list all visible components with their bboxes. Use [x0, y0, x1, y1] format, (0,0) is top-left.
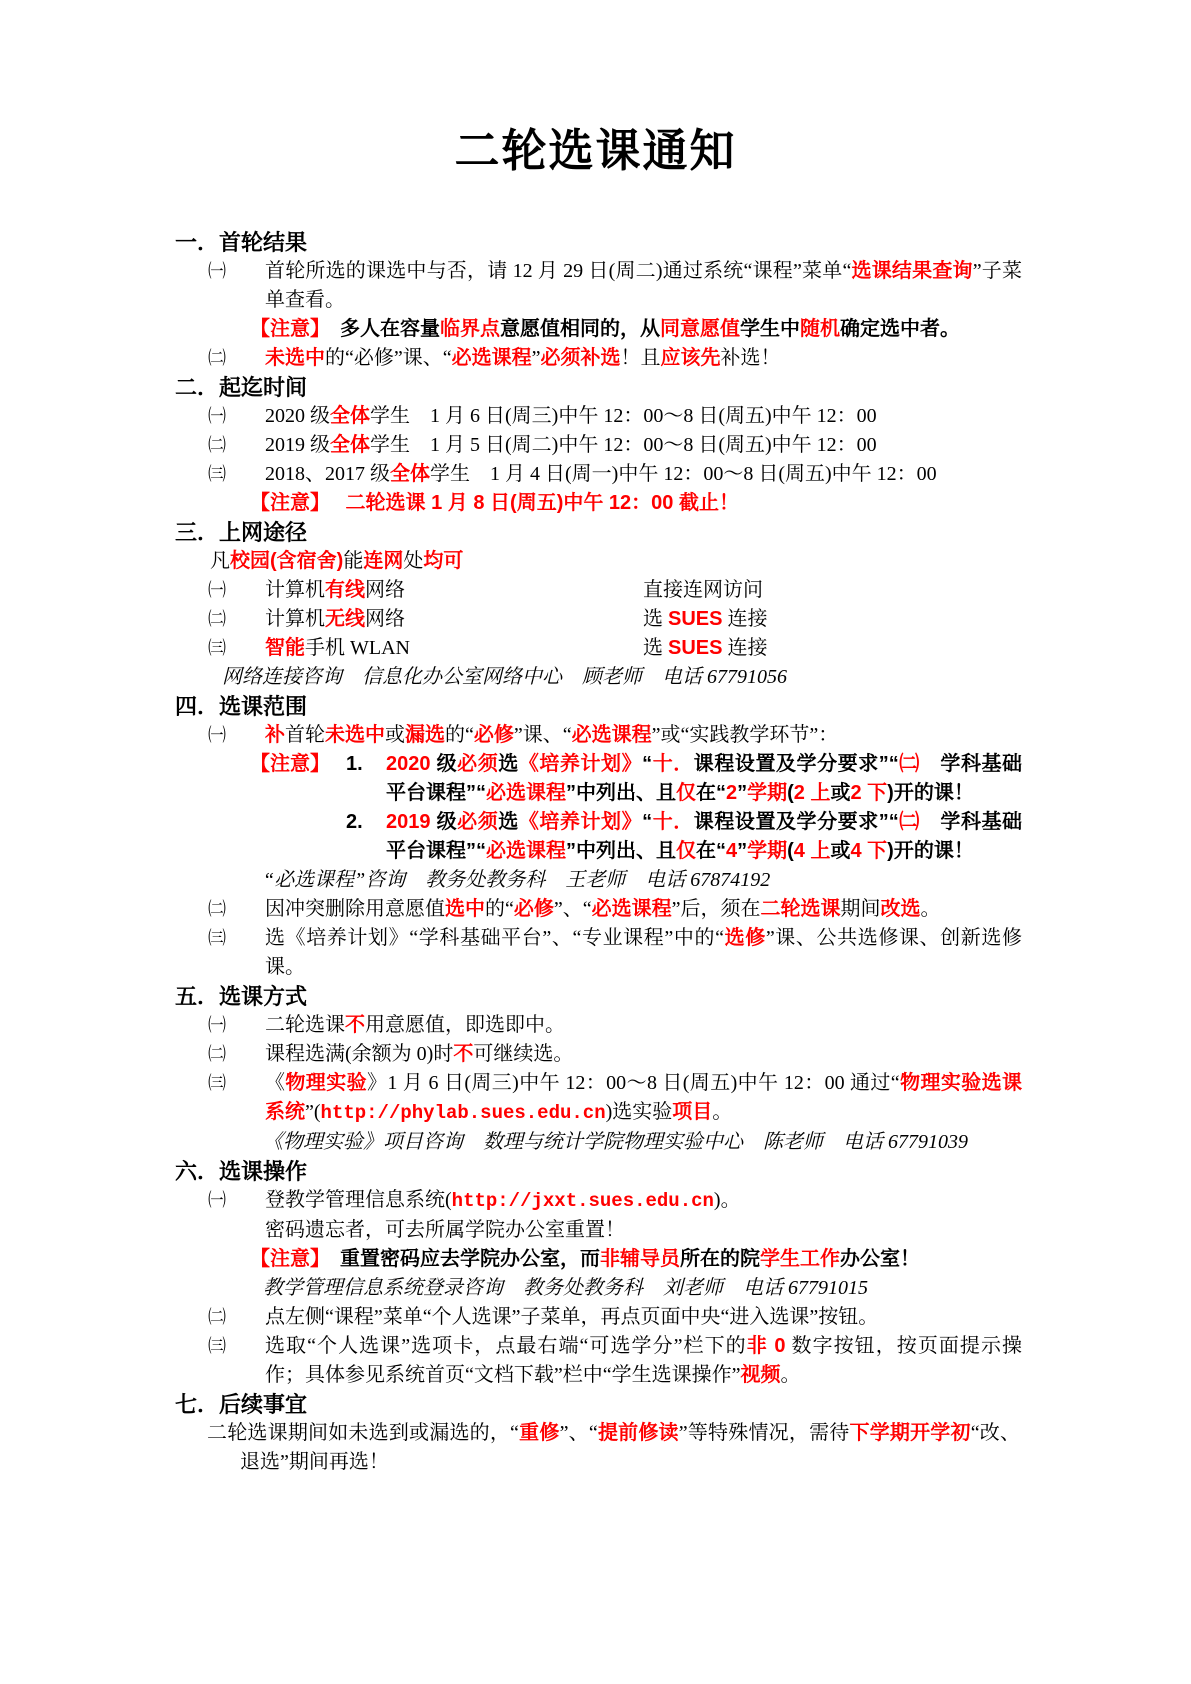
- red-emphasis: 临界点: [440, 318, 500, 340]
- document-page: 二轮选课通知 一．首轮结果㈠首轮所选的课选中与否，请 12 月 29 日(周二)…: [0, 0, 1191, 1684]
- notice-numbered-item: 2.2019 级必须选《培养计划》“十．课程设置及学分要求”“㈡ 学科基础平台课…: [346, 808, 1022, 866]
- red-emphasis: 4: [726, 840, 737, 862]
- column-right: 直接连网访问: [643, 576, 763, 605]
- red-emphasis: 全体: [390, 463, 430, 485]
- item-text: 计算机有线网络: [265, 579, 405, 601]
- consult-line: “必选课程”咨询 教务处教务科 王老师 电话 67874192: [263, 866, 1191, 895]
- text-run: 处: [403, 550, 423, 572]
- item-marker: ㈠: [208, 402, 226, 431]
- text-run: 所在的院: [680, 1248, 760, 1270]
- list-item: ㈡计算机无线网络选 SUES 连接: [265, 605, 1022, 634]
- item-text: 2018、2017 级全体学生 1 月 4 日(周一)中午 12：00～8 日(…: [265, 463, 937, 485]
- text-run: 点左侧“课程”菜单“个人选课”子菜单，再点页面中央“进入选课”按钮。: [265, 1306, 878, 1328]
- text-run: 选: [643, 608, 668, 630]
- red-emphasis: 改选: [881, 898, 921, 920]
- page-title: 二轮选课通知: [0, 0, 1191, 184]
- item-text: 首轮所选的课选中与否，请 12 月 29 日(周二)通过系统“课程”菜单“选课结…: [265, 260, 1022, 311]
- text-run: “: [642, 753, 652, 775]
- item-text: 补首轮未选中或漏选的“必修”课、“必选课程”或“实践教学环节”：: [265, 724, 838, 746]
- list-item: ㈢选取“个人选课”选项卡，点最右端“可选学分”栏下的非 0 数字按钮，按页面提示…: [265, 1332, 1022, 1390]
- notice-item-text: 2019 级必须选《培养计划》“十．课程设置及学分要求”“㈡ 学科基础平台课程”…: [386, 808, 1022, 866]
- list-item: ㈡2019 级全体学生 1 月 5 日(周二)中午 12：00～8 日(周五)中…: [265, 431, 1022, 460]
- text-run: 课程设置及学分要求”“: [694, 811, 899, 833]
- text-run: 课程设置及学分要求”“: [694, 753, 899, 775]
- red-emphasis: 智能: [265, 637, 305, 659]
- text-run: 选: [498, 753, 519, 775]
- red-emphasis: 《培养计划》: [519, 811, 642, 833]
- list-item: ㈠首轮所选的课选中与否，请 12 月 29 日(周二)通过系统“课程”菜单“选课…: [265, 257, 1022, 315]
- text-run: 2019 级: [265, 434, 330, 456]
- red-emphasis: 2019: [386, 811, 431, 833]
- red-emphasis: 全体: [330, 434, 370, 456]
- red-emphasis: 必选课程: [486, 840, 566, 862]
- red-emphasis: 物理实验: [285, 1072, 367, 1094]
- item-marker: ㈡: [208, 1040, 226, 1069]
- notice-line: 【注意】 二轮选课 1 月 8 日(周五)中午 12：00 截止！: [250, 489, 1028, 518]
- text-run: 课程选满(余额为 0)时: [265, 1043, 453, 1065]
- text-run: 连接: [722, 637, 767, 659]
- notice-line: 【注意】 多人在容量临界点意愿值相同的，从同意愿值学生中随机确定选中者。: [250, 315, 1028, 344]
- list-item: ㈡因冲突删除用意愿值选中的“必修”、“必选课程”后，须在二轮选课期间改选。: [265, 895, 1022, 924]
- list-item: ㈢2018、2017 级全体学生 1 月 4 日(周一)中午 12：00～8 日…: [265, 460, 1022, 489]
- item-text: 选《培养计划》“学科基础平台”、“专业课程”中的“选修”课、公共选修课、创新选修…: [265, 927, 1022, 978]
- text-run: (: [787, 782, 794, 804]
- text-run: 学生中: [740, 318, 800, 340]
- consult-line: 网络连接咨询 信息化办公室网络中心 顾老师 电话 67791056: [222, 663, 1191, 692]
- text-run: ”、“: [554, 898, 592, 920]
- list-item: ㈡课程选满(余额为 0)时不可继续选。: [265, 1040, 1022, 1069]
- text-run: 办公室！: [840, 1248, 920, 1270]
- red-emphasis: 《培养计划》: [519, 753, 642, 775]
- red-emphasis: ㈡: [899, 811, 920, 833]
- list-item: ㈠计算机有线网络直接连网访问: [265, 576, 1022, 605]
- text-run: 期间: [841, 898, 881, 920]
- item-text: 2020 级全体学生 1 月 6 日(周三)中午 12：00～8 日(周五)中午…: [265, 405, 877, 427]
- url-link[interactable]: http://phylab.sues.edu.cn: [321, 1102, 606, 1124]
- section-heading: 三．上网途径: [175, 518, 1191, 547]
- text-run: 意愿值相同的，从: [500, 318, 660, 340]
- red-emphasis: 十．: [652, 753, 694, 775]
- paragraph: 凡校园(含宿舍)能连网处均可: [210, 547, 1191, 576]
- item-marker: ㈠: [208, 257, 226, 286]
- text-run: 。: [781, 1364, 801, 1386]
- section-heading: 四．选课范围: [175, 692, 1191, 721]
- item-marker: ㈡: [208, 605, 226, 634]
- section-heading: 五．选课方式: [175, 982, 1191, 1011]
- text-run: ”(: [305, 1101, 321, 1123]
- red-emphasis: 仅: [676, 840, 696, 862]
- red-emphasis: 均可: [423, 550, 463, 572]
- text-run: 《物理实验》项目咨询 数理与统计学院物理实验中心 陈老师 电话 67791039: [263, 1131, 968, 1153]
- item-text: 点左侧“课程”菜单“个人选课”子菜单，再点页面中央“进入选课”按钮。: [265, 1306, 878, 1328]
- red-emphasis: 非辅导员: [600, 1248, 680, 1270]
- red-emphasis: 学生工作: [760, 1248, 840, 1270]
- red-emphasis: 重修: [519, 1422, 560, 1444]
- list-item: ㈠二轮选课不用意愿值，即选即中。: [265, 1011, 1022, 1040]
- text-run: 或: [385, 724, 405, 746]
- text-run: 教学管理信息系统登录咨询 教务处教务科 刘老师 电话 67791015: [263, 1277, 868, 1299]
- red-emphasis: 2: [726, 782, 737, 804]
- text-run: “: [642, 811, 652, 833]
- red-emphasis: 应该先: [661, 347, 721, 369]
- red-emphasis: 漏选: [405, 724, 445, 746]
- text-run: 的“: [485, 898, 514, 920]
- text-run: 可继续选。: [473, 1043, 573, 1065]
- text-run: ”后，须在: [672, 898, 761, 920]
- notice-label: 【注意】: [250, 750, 346, 866]
- text-run: 级: [431, 753, 458, 775]
- red-emphasis: 非 0: [747, 1335, 786, 1357]
- section-heading: 一．首轮结果: [175, 228, 1191, 257]
- item-marker: ㈢: [208, 924, 226, 953]
- text-run: 学生 1 月 4 日(周一)中午 12：00～8 日(周五)中午 12：00: [430, 463, 937, 485]
- text-run: “必选课程”咨询 教务处教务科 王老师 电话 67874192: [263, 869, 770, 891]
- red-emphasis: 2 下: [850, 782, 887, 804]
- red-emphasis: 选修: [724, 927, 766, 949]
- text-run: 》1 月 6 日(周三)中午 12：00～8 日(周五)中午 12：00 通过“: [367, 1072, 900, 1094]
- text-run: 网络: [365, 608, 405, 630]
- list-item: ㈠登教学管理信息系统(http://jxxt.sues.edu.cn)。: [265, 1186, 1022, 1216]
- text-run: 用意愿值，即选即中。: [365, 1014, 565, 1036]
- red-emphasis: 必须: [457, 753, 498, 775]
- red-emphasis: 连网: [363, 550, 403, 572]
- text-run: 计算机: [265, 579, 325, 601]
- red-emphasis: 选课结果查询: [851, 260, 972, 282]
- text-run: 《: [265, 1072, 285, 1094]
- item-marker: ㈢: [208, 1332, 226, 1361]
- item-text: 登教学管理信息系统(http://jxxt.sues.edu.cn)。: [265, 1189, 741, 1211]
- red-emphasis: 必修: [474, 724, 514, 746]
- item-number: 1.: [346, 750, 386, 808]
- text-run: 学生 1 月 6 日(周三)中午 12：00～8 日(周五)中午 12：00: [370, 405, 877, 427]
- text-run: 密码遗忘者，可去所属学院办公室重置！: [265, 1219, 625, 1241]
- column-right: 选 SUES 连接: [643, 634, 767, 663]
- red-emphasis: 同意愿值: [660, 318, 740, 340]
- item-marker: ㈡: [208, 431, 226, 460]
- text-run: 因冲突删除用意愿值: [265, 898, 445, 920]
- red-emphasis: 4 上: [794, 840, 831, 862]
- text-run: 首轮所选的课选中与否，请 12 月 29 日(周二)通过系统“课程”菜单“: [265, 260, 851, 282]
- red-emphasis: 提前修读: [598, 1422, 679, 1444]
- text-run: 选《培养计划》“学科基础平台”、“专业课程”中的“: [265, 927, 724, 949]
- red-emphasis: 不: [345, 1014, 365, 1036]
- red-emphasis: 【注意】 二轮选课 1 月 8 日(周五)中午 12：00 截止！: [250, 492, 739, 514]
- item-text: 智能手机 WLAN: [265, 637, 410, 659]
- text-run: ”: [532, 347, 541, 369]
- text-run: 的“必修”课、“: [325, 347, 452, 369]
- text-run: 。: [712, 1101, 732, 1123]
- list-item: ㈢选《培养计划》“学科基础平台”、“专业课程”中的“选修”课、公共选修课、创新选…: [265, 924, 1022, 982]
- red-emphasis: 必修: [514, 898, 554, 920]
- text-run: 多人在容量: [320, 318, 440, 340]
- red-emphasis: ㈡: [899, 753, 920, 775]
- consult-line: 教学管理信息系统登录咨询 教务处教务科 刘老师 电话 67791015: [263, 1274, 1191, 1303]
- list-item: ㈢《物理实验》1 月 6 日(周三)中午 12：00～8 日(周五)中午 12：…: [265, 1069, 1022, 1128]
- red-emphasis: 必选课程: [486, 782, 566, 804]
- text-run: 2020 级: [265, 405, 330, 427]
- text-run: 或: [830, 840, 850, 862]
- item-text: 《物理实验》1 月 6 日(周三)中午 12：00～8 日(周五)中午 12：0…: [265, 1072, 1022, 1123]
- red-emphasis: 项目: [672, 1101, 712, 1123]
- text-run: ”中列出、且: [566, 782, 676, 804]
- text-run: 首轮: [285, 724, 325, 746]
- list-item: ㈠2020 级全体学生 1 月 6 日(周三)中午 12：00～8 日(周五)中…: [265, 402, 1022, 431]
- red-emphasis: 补: [265, 724, 285, 746]
- paragraph: 二轮选课期间如未选到或漏选的，“重修”、“提前修读”等特殊情况，需待下学期开学初…: [240, 1419, 1020, 1477]
- text-run: 或: [830, 782, 850, 804]
- red-emphasis: SUES: [668, 608, 722, 630]
- text-run: 直接连网访问: [643, 579, 763, 601]
- item-marker: ㈢: [208, 634, 226, 663]
- red-emphasis: 十．: [652, 811, 694, 833]
- item-text: 因冲突删除用意愿值选中的“必修”、“必选课程”后，须在二轮选课期间改选。: [265, 898, 941, 920]
- item-text: 选取“个人选课”选项卡，点最右端“可选学分”栏下的非 0 数字按钮，按页面提示操…: [265, 1335, 1022, 1386]
- red-emphasis: 下学期开学初: [849, 1422, 970, 1444]
- item-marker: ㈢: [208, 1069, 226, 1098]
- item-marker: ㈡: [208, 344, 226, 373]
- list-item: ㈢智能手机 WLAN选 SUES 连接: [265, 634, 1022, 663]
- red-emphasis: 视频: [741, 1364, 781, 1386]
- url-link[interactable]: http://jxxt.sues.edu.cn: [452, 1190, 714, 1212]
- red-emphasis: 校园(含宿舍): [230, 550, 343, 572]
- red-emphasis: 2020: [386, 753, 431, 775]
- text-run: ！且: [621, 347, 661, 369]
- list-item: ㈡未选中的“必修”课、“必选课程”必须补选！且应该先补选！: [265, 344, 1022, 373]
- text-run: 确定选中者。: [840, 318, 960, 340]
- notice-numbered-item: 1.2020 级必须选《培养计划》“十．课程设置及学分要求”“㈡ 学科基础平台课…: [346, 750, 1022, 808]
- text-run: )选实验: [606, 1101, 673, 1123]
- red-emphasis: 学期: [747, 840, 787, 862]
- text-run: ”中列出、且: [566, 840, 676, 862]
- paragraph: 密码遗忘者，可去所属学院办公室重置！: [265, 1216, 1191, 1245]
- red-emphasis: 有线: [325, 579, 365, 601]
- text-run: 重置密码应去学院办公室，而: [320, 1248, 600, 1270]
- red-emphasis: 选中: [445, 898, 485, 920]
- text-run: )。: [714, 1189, 741, 1211]
- text-run: (: [787, 840, 794, 862]
- text-run: 二轮选课期间如未选到或漏选的，“: [207, 1422, 519, 1444]
- red-emphasis: SUES: [668, 637, 722, 659]
- red-emphasis: 必选课程: [572, 724, 652, 746]
- section-heading: 二．起迄时间: [175, 373, 1191, 402]
- notice-block: 【注意】1.2020 级必须选《培养计划》“十．课程设置及学分要求”“㈡ 学科基…: [250, 750, 1022, 866]
- red-emphasis: 未选中: [265, 347, 325, 369]
- red-emphasis: 必须: [457, 811, 498, 833]
- text-run: 手机 WLAN: [305, 637, 410, 659]
- text-run: 2018、2017 级: [265, 463, 390, 485]
- red-emphasis: 不: [453, 1043, 473, 1065]
- section-heading: 六．选课操作: [175, 1157, 1191, 1186]
- red-emphasis: 全体: [330, 405, 370, 427]
- text-run: 在“: [696, 840, 726, 862]
- text-run: ”: [737, 840, 747, 862]
- text-run: 选: [498, 811, 519, 833]
- item-marker: ㈠: [208, 576, 226, 605]
- text-run: 在“: [696, 782, 726, 804]
- red-emphasis: 必选课程: [592, 898, 672, 920]
- item-marker: ㈠: [208, 1011, 226, 1040]
- text-run: ”、“: [560, 1422, 598, 1444]
- notice-line: 【注意】 重置密码应去学院办公室，而非辅导员所在的院学生工作办公室！: [250, 1245, 1028, 1274]
- red-emphasis: 无线: [325, 608, 365, 630]
- item-marker: ㈡: [208, 1303, 226, 1332]
- item-marker: ㈢: [208, 460, 226, 489]
- red-emphasis: 未选中: [325, 724, 385, 746]
- red-emphasis: 仅: [676, 782, 696, 804]
- item-text: 课程选满(余额为 0)时不可继续选。: [265, 1043, 573, 1065]
- text-run: 补选！: [721, 347, 781, 369]
- item-text: 计算机无线网络: [265, 608, 405, 630]
- document-body: 一．首轮结果㈠首轮所选的课选中与否，请 12 月 29 日(周二)通过系统“课程…: [0, 228, 1191, 1477]
- text-run: 学生 1 月 5 日(周二)中午 12：00～8 日(周五)中午 12：00: [370, 434, 877, 456]
- text-run: 选取“个人选课”选项卡，点最右端“可选学分”栏下的: [265, 1335, 747, 1357]
- notice-item-text: 2020 级必须选《培养计划》“十．课程设置及学分要求”“㈡ 学科基础平台课程”…: [386, 750, 1022, 808]
- red-emphasis: 【注意】: [250, 1248, 320, 1270]
- red-emphasis: 4 下: [850, 840, 887, 862]
- text-run: ”: [737, 782, 747, 804]
- text-run: 计算机: [265, 608, 325, 630]
- red-emphasis: 二轮选课: [761, 898, 841, 920]
- text-run: ”课、“: [514, 724, 572, 746]
- red-emphasis: 必须补选: [541, 347, 621, 369]
- item-text: 二轮选课不用意愿值，即选即中。: [265, 1014, 565, 1036]
- item-marker: ㈠: [208, 1186, 226, 1215]
- item-text: 2019 级全体学生 1 月 5 日(周二)中午 12：00～8 日(周五)中午…: [265, 434, 877, 456]
- text-run: 凡: [210, 550, 230, 572]
- red-emphasis: 【注意】: [250, 318, 320, 340]
- text-run: 。: [921, 898, 941, 920]
- text-run: 网络连接咨询 信息化办公室网络中心 顾老师 电话 67791056: [222, 666, 787, 688]
- red-emphasis: 随机: [800, 318, 840, 340]
- text-run: 选: [643, 637, 668, 659]
- item-text: 未选中的“必修”课、“必选课程”必须补选！且应该先补选！: [265, 347, 781, 369]
- section-heading: 七．后续事宜: [175, 1390, 1191, 1419]
- item-marker: ㈡: [208, 895, 226, 924]
- consult-line: 《物理实验》项目咨询 数理与统计学院物理实验中心 陈老师 电话 67791039: [263, 1128, 1191, 1157]
- red-emphasis: 学期: [747, 782, 787, 804]
- red-emphasis: 必选课程: [452, 347, 532, 369]
- text-run: )开的课！: [887, 782, 974, 804]
- text-run: ”或“实践教学环节”：: [652, 724, 839, 746]
- red-emphasis: 2 上: [794, 782, 831, 804]
- text-run: 连接: [722, 608, 767, 630]
- column-right: 选 SUES 连接: [643, 605, 767, 634]
- text-run: ”等特殊情况，需待: [679, 1422, 850, 1444]
- text-run: 级: [431, 811, 458, 833]
- text-run: 能: [343, 550, 363, 572]
- list-item: ㈡点左侧“课程”菜单“个人选课”子菜单，再点页面中央“进入选课”按钮。: [265, 1303, 1022, 1332]
- notice-items: 1.2020 级必须选《培养计划》“十．课程设置及学分要求”“㈡ 学科基础平台课…: [346, 750, 1022, 866]
- item-number: 2.: [346, 808, 386, 866]
- item-marker: ㈠: [208, 721, 226, 750]
- text-run: 网络: [365, 579, 405, 601]
- list-item: ㈠补首轮未选中或漏选的“必修”课、“必选课程”或“实践教学环节”：: [265, 721, 1022, 750]
- text-run: 的“: [445, 724, 474, 746]
- text-run: 登教学管理信息系统(: [265, 1189, 452, 1211]
- text-run: )开的课！: [887, 840, 974, 862]
- text-run: 二轮选课: [265, 1014, 345, 1036]
